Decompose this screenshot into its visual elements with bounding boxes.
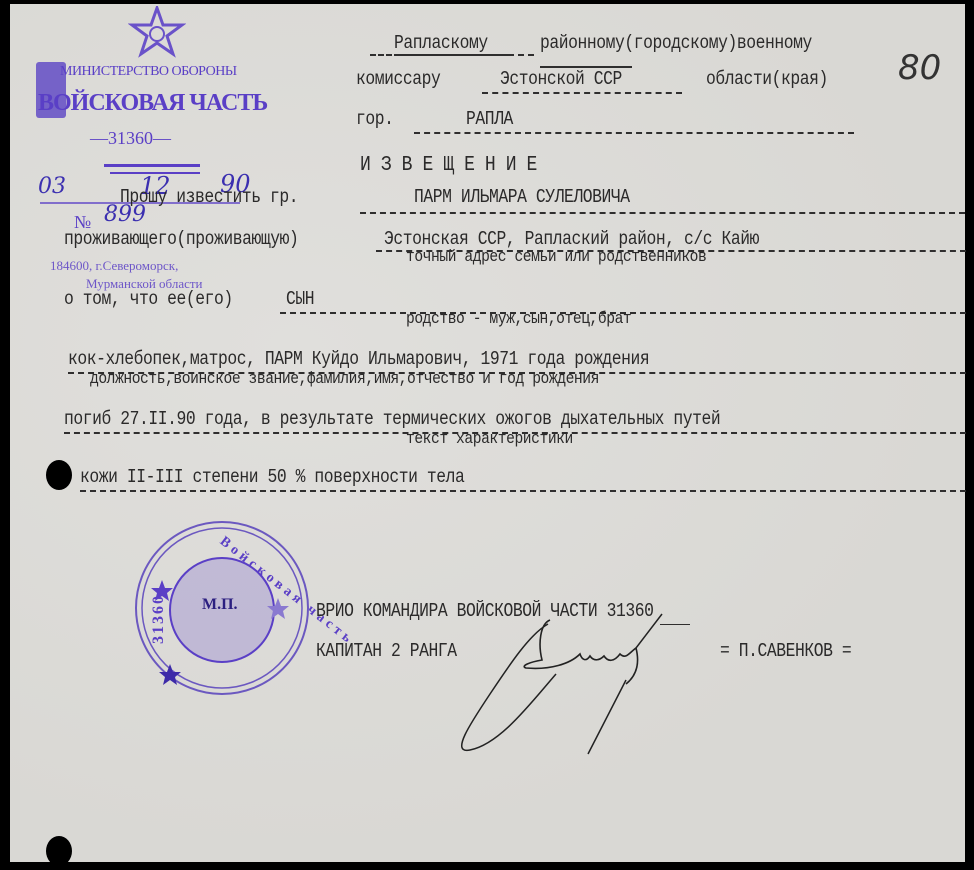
- page-number: 80: [898, 48, 941, 88]
- stamp-lines: [104, 164, 200, 167]
- signer-name: = П.САВЕНКОВ =: [720, 640, 851, 662]
- document-page: МИНИСТЕРСТВО ОБОРОНЫ ВОЙСКОВАЯ ЧАСТЬ —31…: [10, 4, 965, 862]
- circumstances-line1: погиб 27.II.90 года, в результате термич…: [64, 408, 720, 430]
- addressee-city: РАПЛА: [466, 108, 513, 130]
- star-emblem-icon: [128, 6, 186, 58]
- circumstances-hint: текст характеристики: [406, 430, 573, 449]
- addressee-region-suffix: области(края): [706, 68, 828, 90]
- request-recipient: ПАРМ ИЛЬМАРА СУЛЕЛОВИЧА: [414, 186, 630, 208]
- addressee-district-suffix: районному(городскому)военному: [540, 32, 812, 54]
- handwritten-signature: [430, 604, 690, 774]
- fill-line: [518, 54, 534, 56]
- fill-line: [360, 212, 965, 214]
- request-label: Прошу известить гр.: [120, 186, 298, 208]
- stamp-date-day: 03: [38, 174, 66, 199]
- commissar-label: комиссару: [356, 68, 440, 90]
- punch-hole: [46, 460, 72, 490]
- stamp-unit-label: ВОЙСКОВАЯ ЧАСТЬ: [38, 90, 267, 117]
- person-hint: должность,воинское звание,фамилия,имя,от…: [90, 370, 599, 389]
- stamp-ministry: МИНИСТЕРСТВО ОБОРОНЫ: [60, 64, 237, 80]
- stamp-unit-number: —31360—: [90, 128, 171, 149]
- seal-number: 31360: [150, 594, 168, 644]
- relation-label: о том, что ее(его): [64, 288, 233, 310]
- residence-address: Эстонская ССР, Раплаский район, с/с Кайю: [384, 228, 759, 250]
- city-label: гор.: [356, 108, 394, 130]
- residence-label: проживающего(проживающую): [64, 228, 298, 250]
- person-details: кок-хлебопек,матрос, ПАРМ Куйдо Ильмаров…: [68, 348, 649, 370]
- fill-line: [80, 490, 966, 492]
- relation-value: СЫН: [286, 288, 314, 310]
- addressee-district: Рапласкому: [394, 32, 488, 54]
- fill-line: [394, 54, 514, 56]
- circumstances-line2: кожи II-III степени 50 % поверхности тел…: [80, 466, 464, 488]
- residence-hint: точный адрес семьи или родственников: [406, 248, 706, 267]
- seal-center: М.П.: [202, 596, 238, 614]
- addressee-region: Эстонской ССР: [500, 68, 622, 90]
- relation-hint: родство - муж,сын,отец,брат: [406, 310, 631, 329]
- punch-hole: [46, 836, 72, 866]
- stamp-postal: 184600, г.Североморск,: [50, 258, 178, 274]
- fill-line: [414, 132, 854, 134]
- fill-line: [482, 92, 682, 94]
- document-title: И З В Е Щ Е Н И Е: [360, 154, 537, 177]
